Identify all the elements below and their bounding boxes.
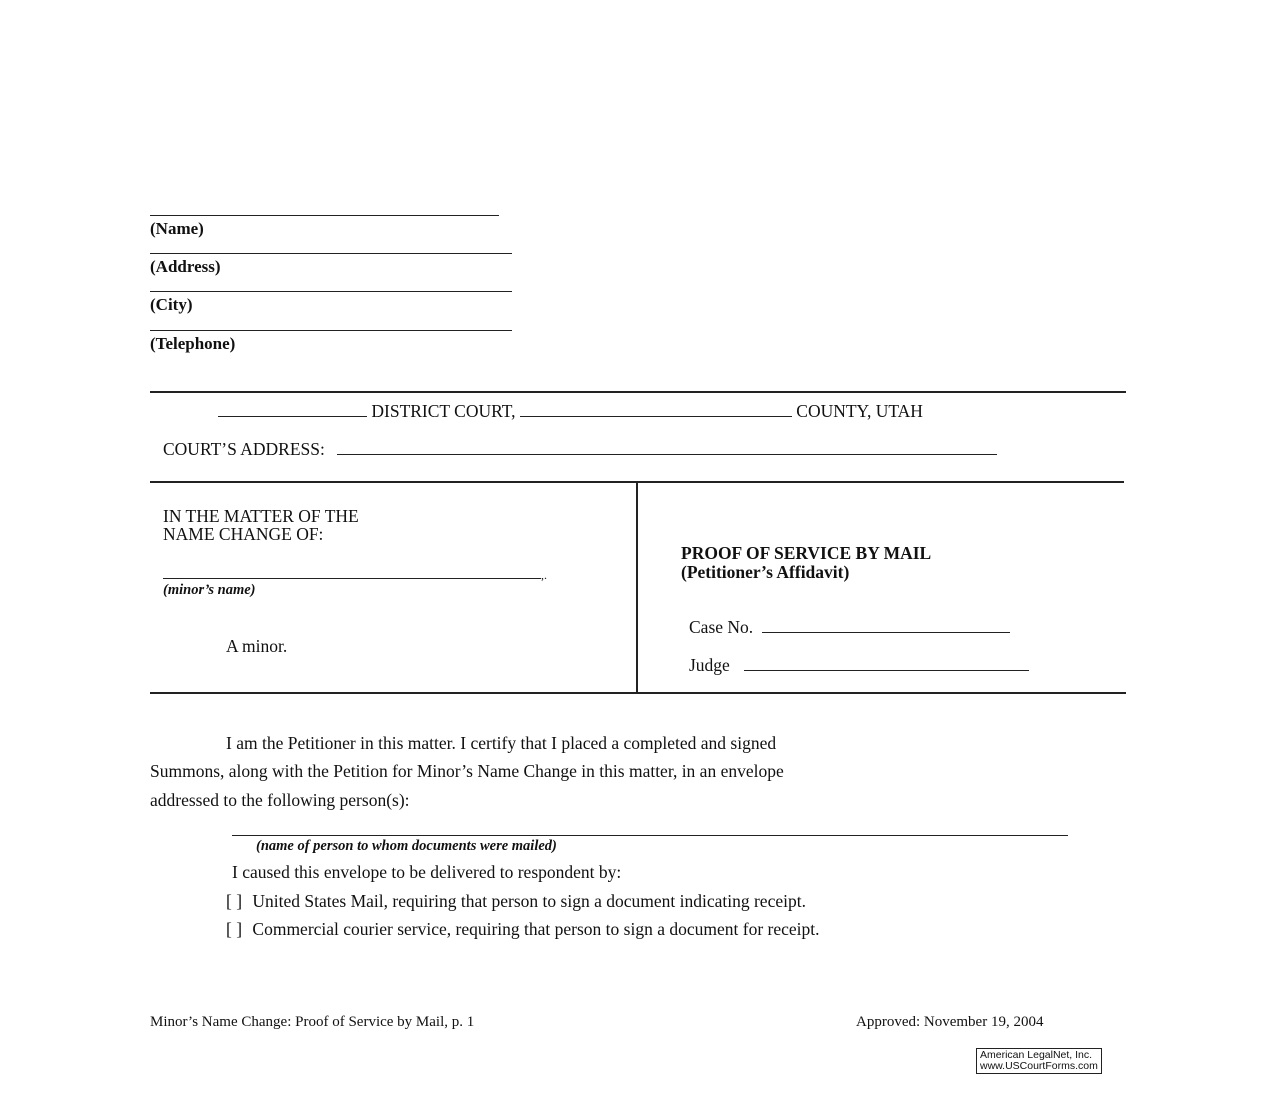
caption-bottom-rule [150,692,1126,694]
minor-name-line: ,. [163,563,547,584]
name-field-line[interactable] [150,215,499,216]
county-label: COUNTY, UTAH [796,401,923,421]
checkbox-us-mail[interactable]: [ ] [226,891,242,911]
county-blank[interactable] [520,402,792,417]
footer-left: Minor’s Name Change: Proof of Service by… [150,1014,474,1031]
city-label: (City) [150,295,192,315]
city-field-line[interactable] [150,291,512,292]
body-para-line1: I am the Petitioner in this matter. I ce… [226,733,776,754]
telephone-field-line[interactable] [150,330,512,331]
document-subtitle: (Petitioner’s Affidavit) [681,562,849,583]
court-address-blank[interactable] [337,440,997,455]
checkbox-courier[interactable]: [ ] [226,919,242,939]
court-address-label: COURT’S ADDRESS: [163,439,325,459]
judge-blank[interactable] [744,656,1029,671]
matter-line2: NAME CHANGE OF: [163,524,323,545]
address-label: (Address) [150,257,221,277]
body-para-line2: Summons, along with the Petition for Min… [150,761,784,782]
footer-approved: Approved: November 19, 2004 [856,1014,1043,1031]
minor-name-blank[interactable] [163,564,541,579]
document-title: PROOF OF SERVICE BY MAIL [681,543,931,564]
body-para-line3: addressed to the following person(s): [150,790,410,811]
minor-name-label: (minor’s name) [163,582,256,599]
minor-name-punct: ,. [541,568,547,582]
option-courier-text: Commercial courier service, requiring th… [252,919,819,939]
name-label: (Name) [150,219,204,239]
address-field-line[interactable] [150,253,512,254]
caption-divider [636,482,638,693]
stamp-line2: www.USCourtForms.com [980,1061,1098,1072]
judge-label: Judge [689,655,730,675]
case-no-label: Case No. [689,617,753,637]
district-court-line: DISTRICT COURT, COUNTY, UTAH [218,401,923,422]
district-court-label: DISTRICT COURT, [371,401,515,421]
option-us-mail: [ ] United States Mail, requiring that p… [226,891,806,912]
option-us-mail-text: United States Mail, requiring that perso… [252,891,806,911]
delivery-intro: I caused this envelope to be delivered t… [232,862,621,883]
court-address-line: COURT’S ADDRESS: [163,439,997,460]
a-minor-text: A minor. [226,636,287,657]
telephone-label: (Telephone) [150,334,235,354]
case-no-line: Case No. [689,617,1010,638]
court-top-rule [150,391,1126,393]
caption-top-rule-left [150,481,637,483]
case-no-blank[interactable] [762,618,1010,633]
caption-top-rule-right [637,481,1124,483]
recipient-blank[interactable] [232,835,1068,836]
option-courier: [ ] Commercial courier service, requirin… [226,919,820,940]
publisher-stamp: American LegalNet, Inc. www.USCourtForms… [976,1048,1102,1074]
district-blank[interactable] [218,402,367,417]
recipient-label: (name of person to whom documents were m… [256,838,557,855]
judge-line: Judge [689,655,1029,676]
